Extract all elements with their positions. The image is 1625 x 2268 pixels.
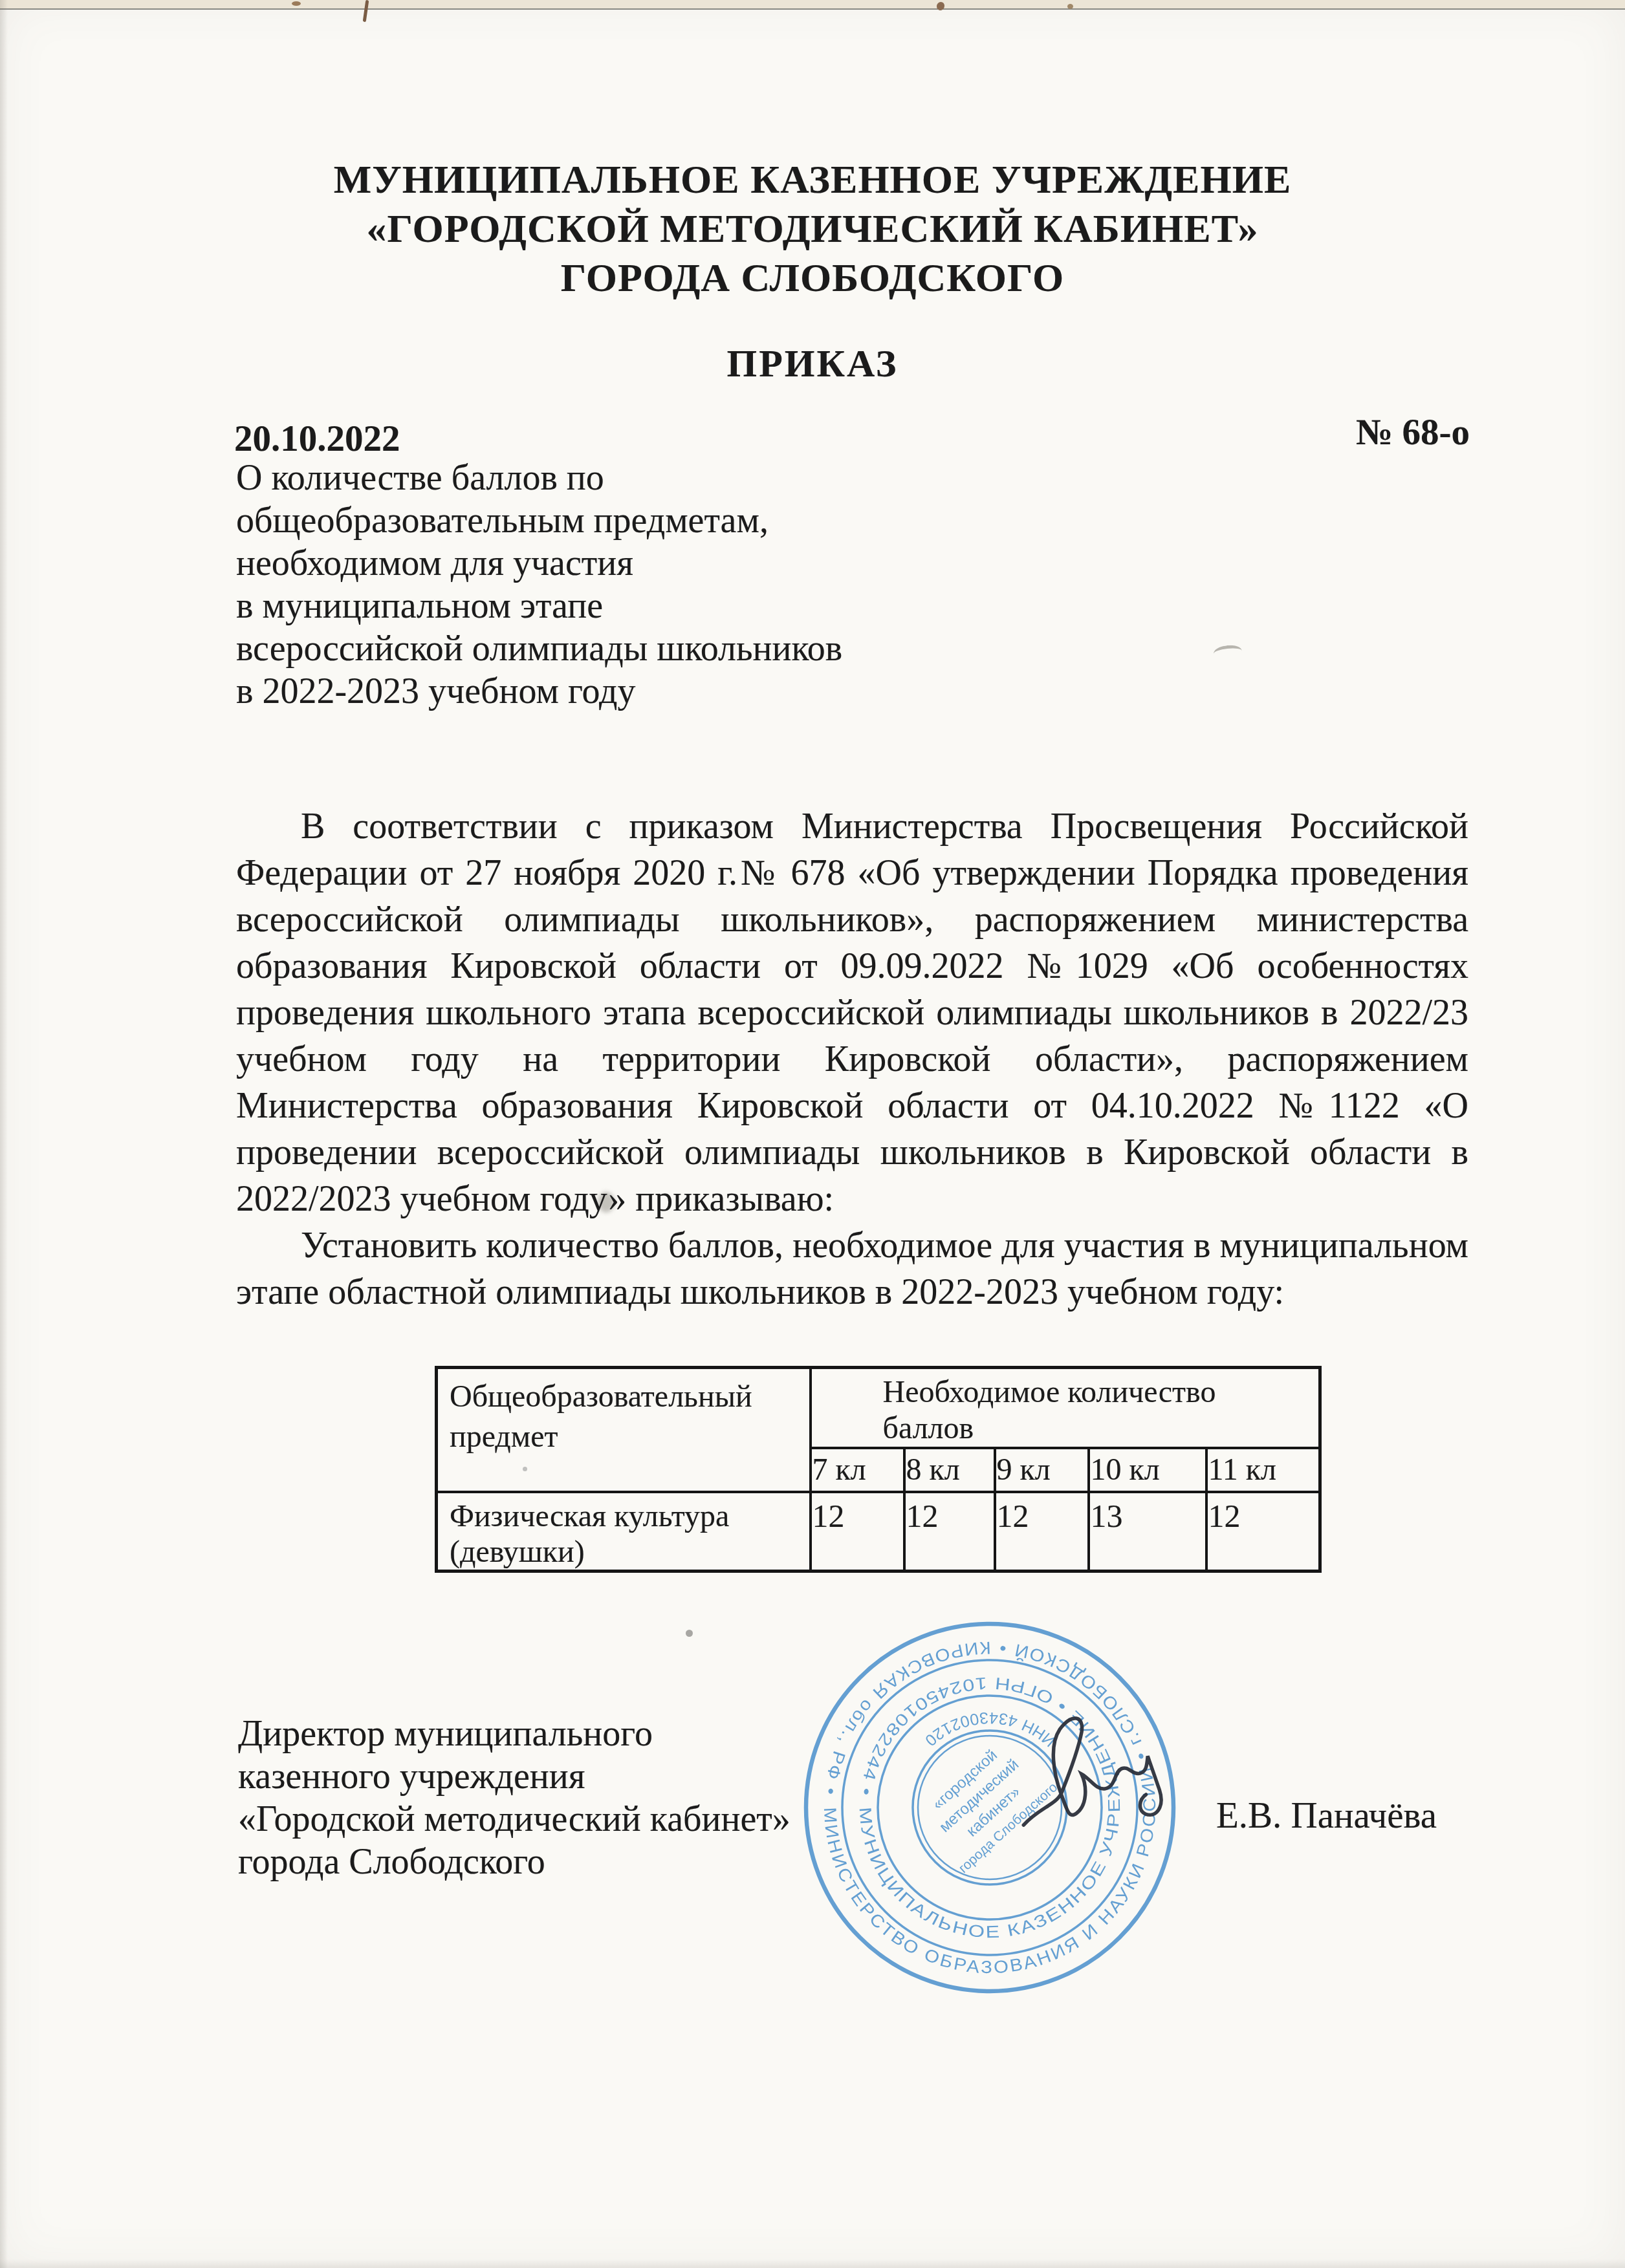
org-name-line-3: ГОРОДА СЛОБОДСКОГО [0, 254, 1625, 303]
signatory-title-line: города Слободского [238, 1841, 791, 1883]
subject-line: необходимом для участия [236, 542, 842, 585]
document-number: № 68-о [1356, 411, 1470, 453]
document-date: 20.10.2022 [234, 418, 400, 460]
body-paragraph-1: В соответствии с приказом Министерства П… [236, 803, 1468, 1222]
points-cell-9: 12 [995, 1492, 1089, 1571]
organization-name: МУНИЦИПАЛЬНОЕ КАЗЕННОЕ УЧРЕЖДЕНИЕ «ГОРОД… [0, 155, 1625, 303]
signatory-title-line: Директор муниципального [238, 1712, 791, 1755]
org-name-line-1: МУНИЦИПАЛЬНОЕ КАЗЕННОЕ УЧРЕЖДЕНИЕ [0, 155, 1625, 204]
subject-line: в муниципальном этапе [236, 585, 842, 627]
signatory-title: Директор муниципального казенного учрежд… [238, 1712, 791, 1883]
document-subject: О количестве баллов по общеобразовательн… [236, 457, 842, 713]
column-header-points-group: Необходимое количество баллов [811, 1368, 1320, 1449]
column-header-subject: Общеобразовательный предмет [437, 1368, 811, 1493]
column-header-class-7: 7 кл [811, 1448, 904, 1492]
table-header-row: Общеобразовательный предмет Необходимое … [437, 1368, 1320, 1449]
points-cell-11: 12 [1206, 1492, 1320, 1571]
scan-smudge [1213, 644, 1243, 660]
subject-line: общеобразовательным предметам, [236, 499, 842, 542]
column-header-class-9: 9 кл [995, 1448, 1089, 1492]
subject-line: всероссийской олимпиады школьников [236, 627, 842, 670]
table-row: Физическая культура (девушки) 12 12 12 1… [437, 1492, 1320, 1571]
scan-speck [292, 1, 301, 6]
body-paragraph-2: Установить количество баллов, необходимо… [236, 1222, 1468, 1315]
document-body: В соответствии с приказом Министерства П… [236, 803, 1468, 1315]
points-cell-10: 13 [1089, 1492, 1206, 1571]
scanned-order-document: МУНИЦИПАЛЬНОЕ КАЗЕННОЕ УЧРЕЖДЕНИЕ «ГОРОД… [0, 0, 1625, 2268]
points-table: Общеобразовательный предмет Необходимое … [435, 1366, 1322, 1573]
subject-cell: Физическая культура (девушки) [437, 1492, 811, 1571]
column-header-class-8: 8 кл [904, 1448, 995, 1492]
signatory-title-line: «Городской методический кабинет» [238, 1798, 791, 1841]
column-header-class-11: 11 кл [1206, 1448, 1320, 1492]
scan-left-edge [0, 0, 8, 2268]
scan-top-edge [0, 0, 1625, 10]
subject-line: в 2022-2023 учебном году [236, 670, 842, 713]
scan-speck [1067, 4, 1073, 9]
signatory-name: Е.В. Паначёва [1216, 1795, 1437, 1837]
scan-speck [686, 1630, 693, 1637]
signatory-title-line: казенного учреждения [238, 1755, 791, 1798]
points-cell-8: 12 [904, 1492, 995, 1571]
column-header-class-10: 10 кл [1089, 1448, 1206, 1492]
scan-bottom-edge [0, 2259, 1625, 2268]
points-cell-7: 12 [811, 1492, 904, 1571]
subject-line: О количестве баллов по [236, 457, 842, 499]
org-name-line-2: «ГОРОДСКОЙ МЕТОДИЧЕСКИЙ КАБИНЕТ» [0, 204, 1625, 254]
document-type-title: ПРИКАЗ [0, 341, 1625, 386]
